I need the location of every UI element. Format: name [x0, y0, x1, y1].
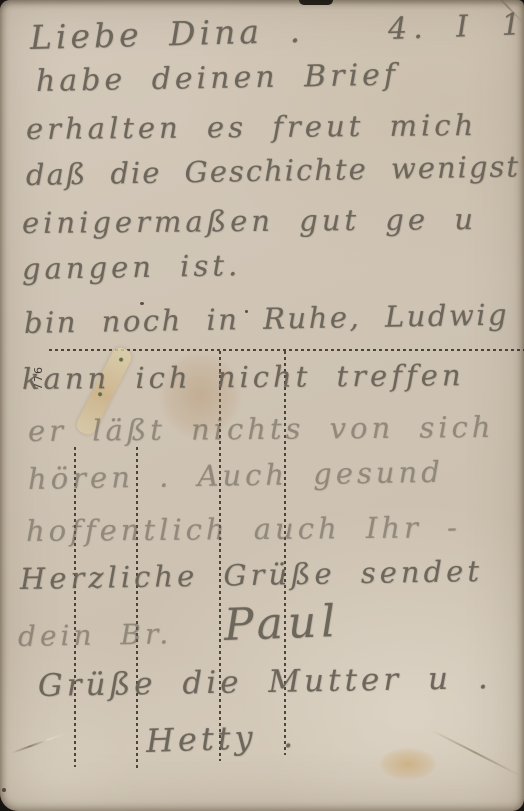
crease-bottom-right — [431, 729, 521, 776]
handwriting-line: kann ich nicht treffen — [22, 358, 465, 396]
handwriting-line: er läßt nichts von sich — [28, 410, 495, 448]
handwriting-line: gangen ist. — [22, 248, 242, 286]
date-text: 4. I 18 — [387, 6, 524, 47]
photo-background: 776 Liebe Dina . 4. I 18 habe deinen Bri… — [0, 0, 524, 811]
postcard-back: 776 Liebe Dina . 4. I 18 habe deinen Bri… — [0, 0, 524, 811]
handwriting-line: daß die Geschichte wenigst — [26, 149, 521, 192]
signature-text: Paul — [223, 596, 341, 651]
crease-bottom-left — [11, 732, 66, 754]
bottom-stain — [380, 748, 436, 780]
handwriting-line: erhalten es freut mich — [26, 108, 478, 146]
ruling-horizontal-line — [49, 349, 524, 351]
handwriting-line: bin noch in Ruhe, Ludwig — [24, 298, 510, 340]
handwriting-line: Hetty . — [145, 717, 297, 760]
handwriting-line: hören . Auch gesund — [28, 455, 444, 496]
edge-nick — [299, 0, 333, 5]
ruling-vertical-line-2 — [136, 447, 138, 769]
handwriting-line: Herzliche Grüße sendet — [20, 554, 484, 596]
handwriting-line: einigermaßen gut ge u — [22, 202, 477, 240]
handwriting-line: Grüße die Mutter u . — [38, 660, 492, 704]
handwriting-line: hoffentlich auch Ihr - — [26, 510, 461, 548]
handwriting-line: habe deinen Brief — [36, 58, 400, 99]
salutation-text: Liebe Dina . — [29, 11, 304, 57]
handwriting-line: dein Br. — [18, 617, 173, 653]
ink-speck — [2, 788, 6, 792]
